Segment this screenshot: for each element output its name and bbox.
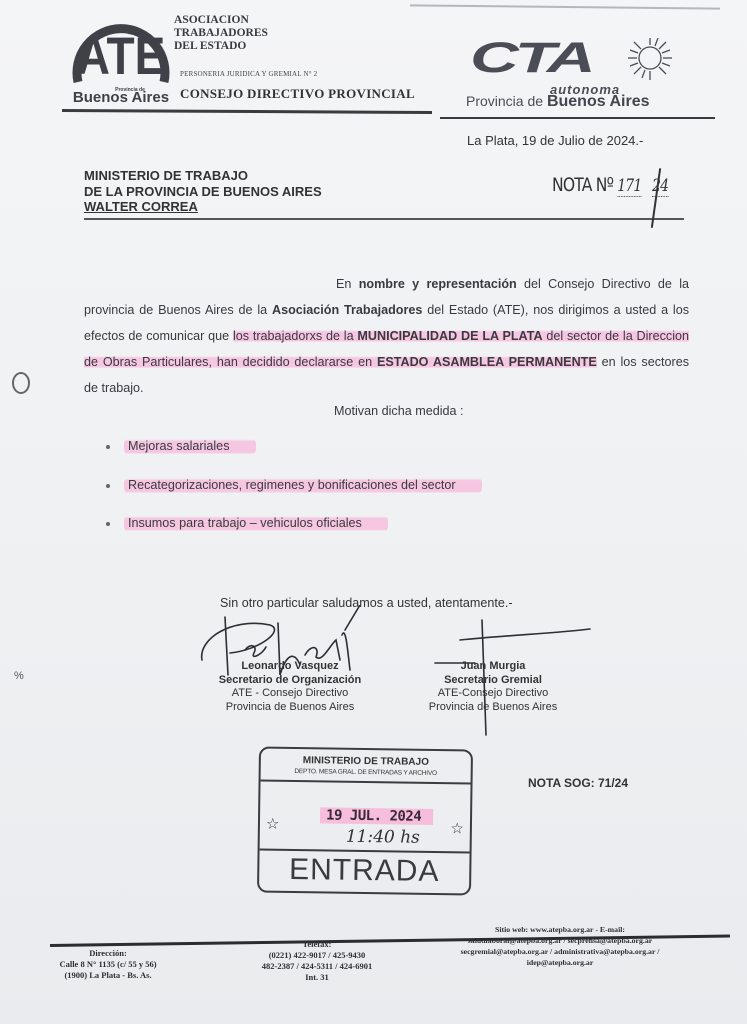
ate-org-name: ASOCIACION TRABAJADORES DEL ESTADO: [174, 14, 268, 53]
list-item: Recategorizaciones, regimenes y bonifica…: [106, 477, 482, 516]
signature-block-2: Juan Murgia Secretario Gremial ATE-Conse…: [418, 660, 568, 714]
signer-org: ATE - Consejo Directivo: [205, 687, 375, 701]
svg-text:CTA: CTA: [470, 38, 592, 81]
addressee-divider: [84, 218, 684, 220]
entrada-stamp: MINISTERIO DE TRABAJO DEPTO. MESA GRAL. …: [257, 747, 473, 896]
nota-number: NOTA Nº 171 24: [552, 174, 668, 196]
cta-provincia-text: Provincia de Buenos Aires: [466, 93, 649, 111]
list-item: Insumos para trabajo – vehiculos oficial…: [106, 515, 482, 554]
list-item: Mejoras salariales: [106, 438, 482, 477]
signer-org: ATE-Consejo Directivo: [418, 687, 568, 701]
signer-province: Provincia de Buenos Aires: [205, 701, 375, 715]
footer-web-email: Sitio web: www.atepba.org.ar - E-mail: s…: [440, 924, 680, 968]
footer-address: Dirección: Calle 8 N° 1135 (c/ 55 y 56) …: [48, 948, 168, 981]
stamp-label: ENTRADA: [259, 853, 469, 890]
punch-hole-mark: [12, 372, 30, 394]
nota-num-value: 171: [617, 176, 641, 197]
header-divider-right: [440, 117, 715, 119]
body-paragraph: En nombre y representación del Consejo D…: [84, 271, 689, 401]
stamp-divider: [261, 780, 471, 785]
signer-title: Secretario Gremial: [418, 674, 568, 688]
stamp-title: MINISTERIO DE TRABAJO: [261, 755, 471, 769]
bullet-icon: [106, 484, 110, 488]
svg-text:Buenos Aires: Buenos Aires: [73, 89, 169, 104]
reasons-list: Mejoras salariales Recategorizaciones, r…: [106, 438, 482, 554]
addressee-line-3: WALTER CORREA: [84, 199, 322, 215]
stamp-time: 11:40 hs: [346, 827, 420, 848]
signer-name: Leonardo Vasquez: [205, 660, 375, 674]
document-page: ATE Provincia de Buenos Aires ASOCIACION…: [0, 0, 747, 1024]
top-scribble-line: [410, 4, 720, 9]
addressee-block: MINISTERIO DE TRABAJO DE LA PROVINCIA DE…: [84, 168, 322, 215]
signer-province: Provincia de Buenos Aires: [418, 701, 568, 715]
margin-scribble: %: [14, 670, 24, 682]
signer-name: Juan Murgia: [418, 660, 568, 674]
star-icon: ☆: [450, 819, 464, 837]
stamp-date: 19 JUL. 2024: [320, 807, 433, 825]
star-icon: ☆: [266, 815, 280, 833]
header-divider-left: [62, 109, 432, 114]
nota-label: NOTA Nº: [552, 174, 613, 196]
consejo-text: CONSEJO DIRECTIVO PROVINCIAL: [180, 86, 415, 102]
bullet-icon: [106, 522, 110, 526]
addressee-line-1: MINISTERIO DE TRABAJO: [84, 168, 322, 184]
personeria-text: PERSONERIA JURIDICA Y GREMIAL N° 2: [180, 70, 317, 78]
footer-telephone: Telefax: (0221) 422-9017 / 425-9430 482-…: [242, 939, 392, 983]
signature-block-1: Leonardo Vasquez Secretario de Organizac…: [205, 660, 375, 714]
ate-logo-icon: ATE Provincia de Buenos Aires: [68, 12, 174, 104]
svg-text:ATE: ATE: [77, 26, 166, 86]
addressee-line-2: DE LA PROVINCIA DE BUENOS AIRES: [84, 184, 322, 200]
motivan-heading: Motivan dicha medida :: [334, 404, 464, 418]
nota-sog: NOTA SOG: 71/24: [528, 776, 628, 790]
signer-title: Secretario de Organización: [205, 674, 375, 688]
bullet-icon: [106, 445, 110, 449]
letter-date: La Plata, 19 de Julio de 2024.-: [467, 133, 643, 148]
stamp-subtitle: DEPTO. MESA GRAL. DE ENTRADAS Y ARCHIVO: [261, 768, 471, 778]
